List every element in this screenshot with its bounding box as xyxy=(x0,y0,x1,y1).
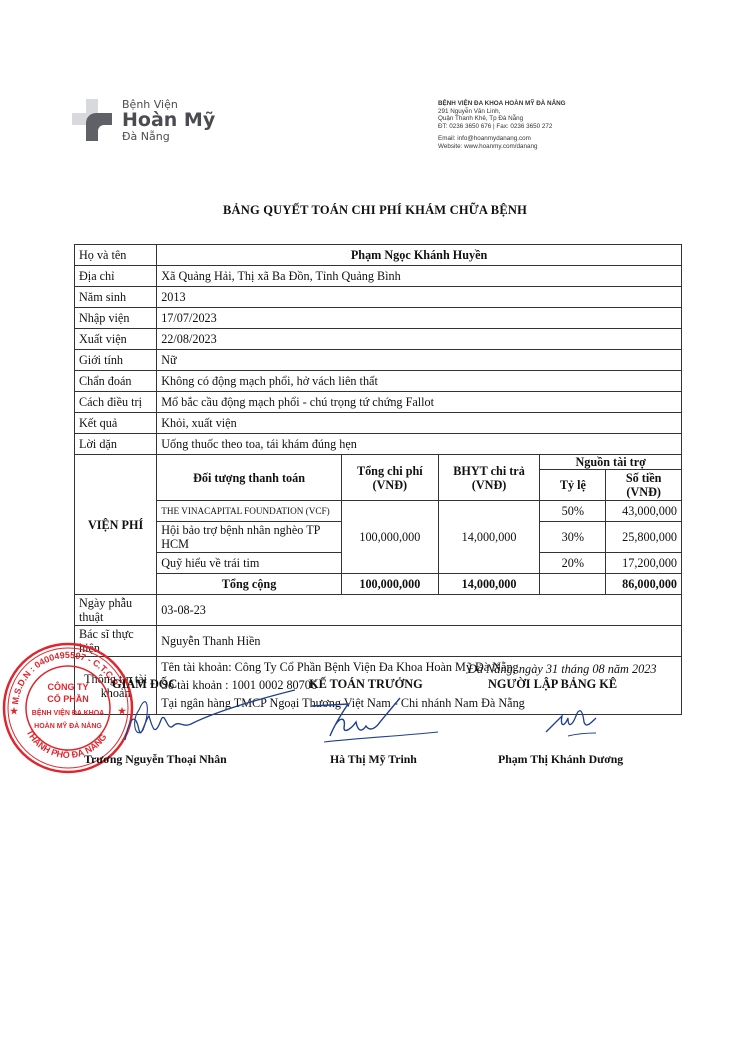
row-diagnosis: Chẩn đoán Không có động mạch phổi, hở vá… xyxy=(75,371,682,392)
payer-name: Hội bảo trợ bệnh nhân nghèo TP HCM xyxy=(157,522,342,553)
svg-text:★: ★ xyxy=(10,706,19,716)
hospital-email: Email: info@hoanmydanang.com xyxy=(438,135,566,143)
label-admission: Nhập viện xyxy=(75,308,157,329)
patient-gender: Nữ xyxy=(157,350,682,371)
header-total-cost-text: Tổng chi phí (VNĐ) xyxy=(357,464,423,492)
header-insurance: BHYT chi trả (VNĐ) xyxy=(438,455,540,501)
svg-text:CỔ PHẦN: CỔ PHẦN xyxy=(47,693,89,704)
patient-name: Phạm Ngọc Khánh Huyền xyxy=(157,245,682,266)
funding-rate: 30% xyxy=(540,522,606,553)
label-birth-year: Năm sinh xyxy=(75,287,157,308)
label-treatment: Cách điều trị xyxy=(75,392,157,413)
funding-rate: 20% xyxy=(540,553,606,574)
header-funding-source: Nguồn tài trợ xyxy=(540,455,682,470)
label-address: Địa chỉ xyxy=(75,266,157,287)
row-discharge: Xuất viện 22/08/2023 xyxy=(75,329,682,350)
row-advice: Lời dặn Uống thuốc theo toa, tái khám đú… xyxy=(75,434,682,455)
chief-accountant-title: KẾ TOÁN TRƯỞNG xyxy=(309,677,423,692)
hospital-phone-fax: ĐT: 0236 3650 676 | Fax: 0236 3650 272 xyxy=(438,123,566,131)
payer-name: Quỹ hiểu về trái tim xyxy=(157,553,342,574)
svg-text:BỆNH VIỆN ĐA KHOA: BỆNH VIỆN ĐA KHOA xyxy=(32,708,104,717)
document-title: BẢNG QUYẾT TOÁN CHI PHÍ KHÁM CHỮA BỆNH xyxy=(0,203,750,218)
patient-birth-year: 2013 xyxy=(157,287,682,308)
result: Khỏi, xuất viện xyxy=(157,413,682,434)
label-diagnosis: Chẩn đoán xyxy=(75,371,157,392)
director-name: Trương Nguyễn Thoại Nhân xyxy=(84,752,227,767)
header-rate: Tỷ lệ xyxy=(540,470,606,501)
insurance-sum: 14,000,000 xyxy=(438,574,540,595)
admission-date: 17/07/2023 xyxy=(157,308,682,329)
funding-rate: 50% xyxy=(540,501,606,522)
row-address: Địa chỉ Xã Quảng Hải, Thị xã Ba Đồn, Tỉn… xyxy=(75,266,682,287)
label-surgery-date: Ngày phẫu thuật xyxy=(75,595,157,626)
hospital-address-2: Quận Thanh Khê, Tp Đà Nẵng xyxy=(438,115,566,123)
row-birth-year: Năm sinh 2013 xyxy=(75,287,682,308)
row-name: Họ và tên Phạm Ngọc Khánh Huyền xyxy=(75,245,682,266)
total-label: Tổng cộng xyxy=(157,574,342,595)
fees-section-label: VIỆN PHÍ xyxy=(75,455,157,595)
preparer-signature xyxy=(540,698,620,743)
logo-line-3: Đà Nẵng xyxy=(122,131,215,142)
row-treatment: Cách điều trị Mổ bắc cầu động mạch phổi … xyxy=(75,392,682,413)
header-payer: Đối tượng thanh toán xyxy=(157,455,342,501)
chief-accountant-name: Hà Thị Mỹ Trinh xyxy=(330,752,417,767)
treatment: Mổ bắc cầu động mạch phổi - chú trọng tứ… xyxy=(157,392,682,413)
funding-amount: 43,000,000 xyxy=(606,501,682,522)
diagnosis: Không có động mạch phổi, hở vách liên th… xyxy=(157,371,682,392)
funding-amount: 17,200,000 xyxy=(606,553,682,574)
director-signature xyxy=(95,680,295,750)
signing-date: Đà Nẵng, ngày 31 tháng 08 năm 2023 xyxy=(468,662,657,677)
settlement-table: Họ và tên Phạm Ngọc Khánh Huyền Địa chỉ … xyxy=(74,244,682,715)
row-gender: Giới tính Nữ xyxy=(75,350,682,371)
row-result: Kết quả Khỏi, xuất viện xyxy=(75,413,682,434)
preparer-name: Phạm Thị Khánh Dương xyxy=(498,752,623,767)
advice: Uống thuốc theo toa, tái khám đúng hẹn xyxy=(157,434,682,455)
svg-text:CÔNG TY: CÔNG TY xyxy=(47,681,88,692)
funding-amount-sum: 86,000,000 xyxy=(606,574,682,595)
row-admission: Nhập viện 17/07/2023 xyxy=(75,308,682,329)
hospital-contact-info: BỆNH VIỆN ĐA KHOA HOÀN MỸ ĐÀ NẴNG 291 Ng… xyxy=(438,100,566,151)
label-result: Kết quả xyxy=(75,413,157,434)
header-amount: Số tiền (VNĐ) xyxy=(606,470,682,501)
payer-name: THE VINACAPITAL FOUNDATION (VCF) xyxy=(157,501,342,522)
fee-row: THE VINACAPITAL FOUNDATION (VCF) 100,000… xyxy=(75,501,682,522)
label-name: Họ và tên xyxy=(75,245,157,266)
logo-line-2: Hoàn Mỹ xyxy=(122,111,215,130)
surgery-date: 03-08-23 xyxy=(157,595,682,626)
total-rate-empty xyxy=(540,574,606,595)
preparer-title: NGƯỜI LẬP BẢNG KÊ xyxy=(488,677,617,692)
row-doctor: Bác sĩ thực hiện Nguyễn Thanh Hiền xyxy=(75,626,682,657)
label-discharge: Xuất viện xyxy=(75,329,157,350)
hospital-logo: Bệnh Viện Hoàn Mỹ Đà Nẵng xyxy=(72,97,222,147)
patient-address: Xã Quảng Hải, Thị xã Ba Đồn, Tỉnh Quảng … xyxy=(157,266,682,287)
total-cost-sum: 100,000,000 xyxy=(341,574,438,595)
label-advice: Lời dặn xyxy=(75,434,157,455)
svg-text:HOÀN MỸ ĐÀ NẴNG: HOÀN MỸ ĐÀ NẴNG xyxy=(34,721,102,730)
header-total-cost: Tổng chi phí (VNĐ) xyxy=(341,455,438,501)
insurance-value: 14,000,000 xyxy=(438,501,540,574)
discharge-date: 22/08/2023 xyxy=(157,329,682,350)
funding-amount: 25,800,000 xyxy=(606,522,682,553)
total-cost-value: 100,000,000 xyxy=(341,501,438,574)
fees-total-row: Tổng cộng 100,000,000 14,000,000 86,000,… xyxy=(75,574,682,595)
hospital-website: Website: www.hoanmy.com/danang xyxy=(438,143,566,151)
surgeon-name: Nguyễn Thanh Hiền xyxy=(157,626,682,657)
row-surgery-date: Ngày phẫu thuật 03-08-23 xyxy=(75,595,682,626)
fees-header-row-1: VIỆN PHÍ Đối tượng thanh toán Tổng chi p… xyxy=(75,455,682,470)
label-gender: Giới tính xyxy=(75,350,157,371)
hospital-name: BỆNH VIỆN ĐA KHOA HOÀN MỸ ĐÀ NẴNG xyxy=(438,100,566,108)
chief-accountant-signature xyxy=(300,692,450,747)
